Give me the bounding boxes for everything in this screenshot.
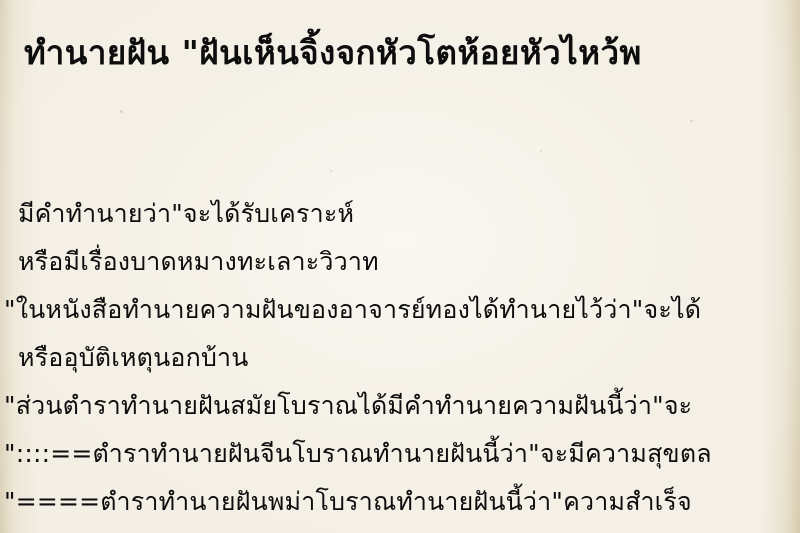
paper-speck — [330, 170, 332, 172]
interpretation-line-7: "====ตำราทำนายฝันพม่าโบราณทำนายฝันนี้ว่า… — [4, 482, 692, 522]
interpretation-line-6: "::::==ตำราทำนายฝันจีนโบราณทำนายฝันนี้ว่… — [4, 434, 712, 474]
interpretation-line-3: "ในหนังสือทำนายความฝันของอาจารย์ทองได้ทำ… — [4, 290, 701, 330]
interpretation-line-4: หรืออุบัติเหตุนอกบ้าน — [18, 338, 249, 378]
interpretation-line-5: "ส่วนตำราทำนายฝันสมัยโบราณได้มีคำทำนายคว… — [4, 386, 692, 426]
paper-speck — [690, 120, 693, 122]
paper-speck — [540, 150, 542, 152]
interpretation-line-2: หรือมีเรื่องบาดหมางทะเลาะวิวาท — [18, 242, 379, 282]
page-title: ทำนายฝัน "ฝันเห็นจิ้งจกหัวโตห้อยหัวไหว้พ — [24, 26, 642, 79]
paper-speck — [120, 110, 123, 113]
interpretation-line-1: มีคำทำนายว่า"จะได้รับเคราะห์ — [18, 194, 354, 234]
